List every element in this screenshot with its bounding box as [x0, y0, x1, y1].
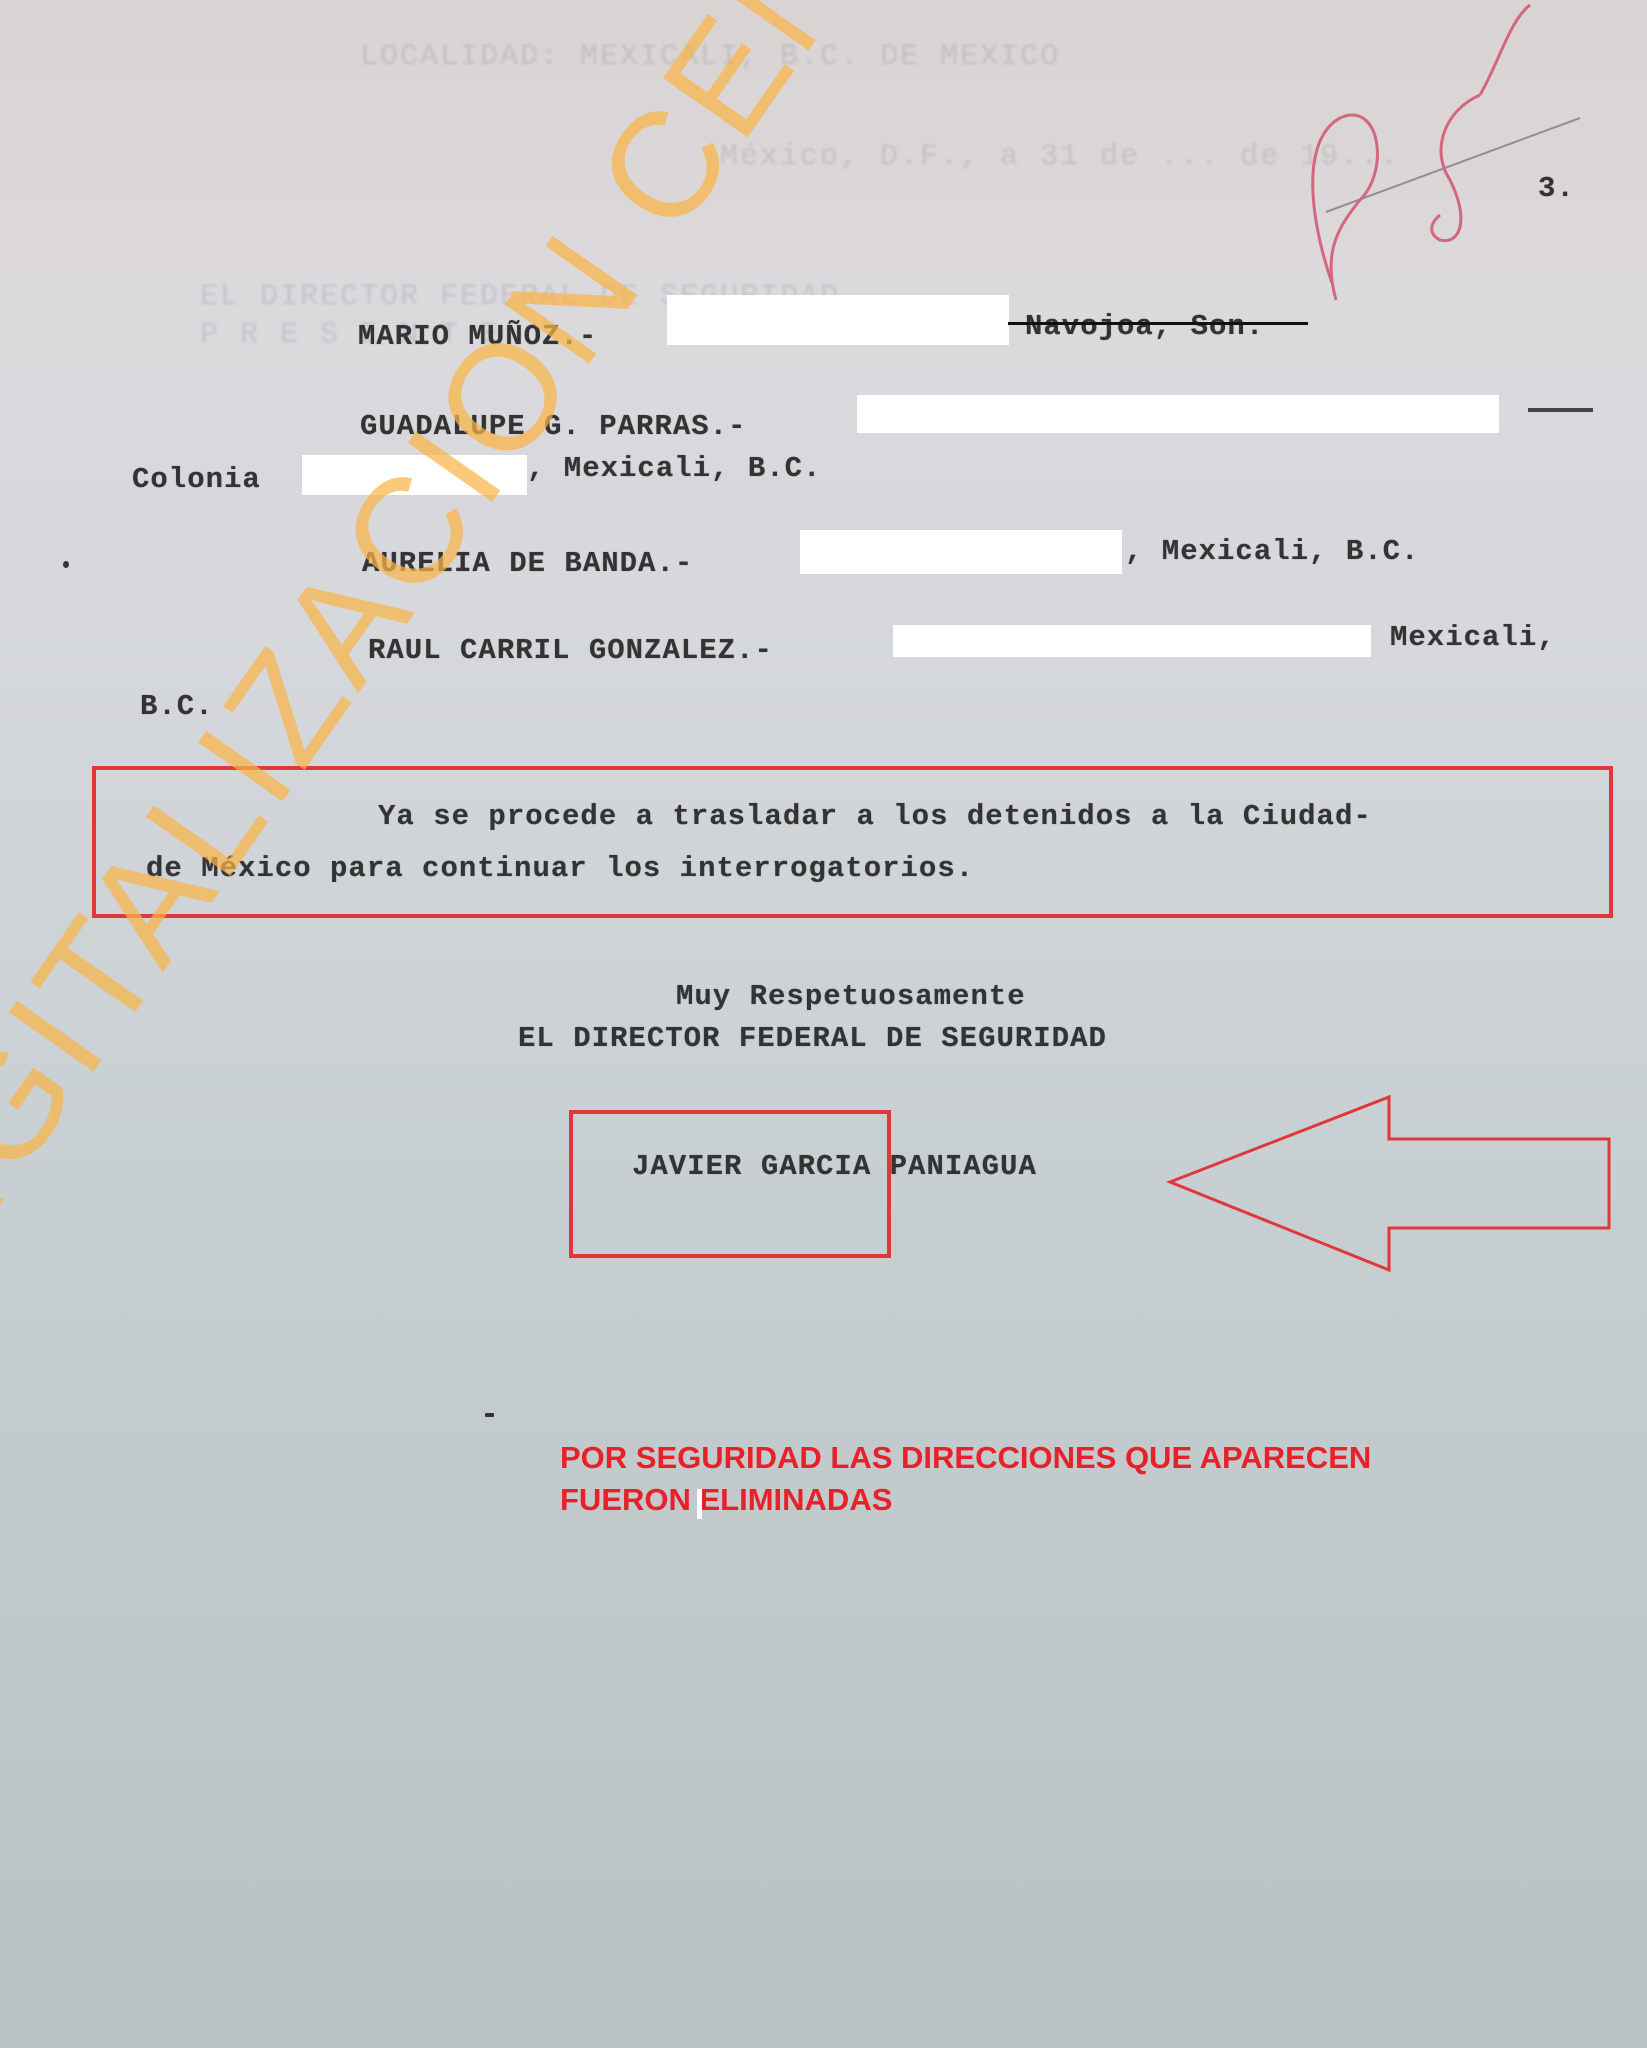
- redacted-address: [302, 455, 527, 495]
- signatory-name: JAVIER GARCIA PANIAGUA: [632, 1150, 1037, 1183]
- redacted-address: [893, 625, 1371, 657]
- entry-address-tail: Mexicali,: [1390, 621, 1556, 654]
- entry-name: RAUL CARRIL GONZALEZ.-: [368, 634, 773, 667]
- entry-continuation-tail: , Mexicali, B.C.: [527, 452, 821, 485]
- entry-continuation-tail: B.C.: [140, 690, 214, 723]
- document-page: LOCALIDAD: MEXICALI, B.C. DE MEXICO Méxi…: [0, 0, 1647, 2048]
- redacted-address: [667, 295, 1009, 345]
- redacted-address: [800, 530, 1122, 574]
- redaction-notice-line: POR SEGURIDAD LAS DIRECCIONES QUE APAREC…: [560, 1437, 1371, 1479]
- signatory-title: EL DIRECTOR FEDERAL DE SEGURIDAD: [518, 1022, 1107, 1055]
- ink-speck: [485, 1413, 494, 1417]
- bleed-through-text: LOCALIDAD: MEXICALI, B.C. DE MEXICO: [360, 40, 1060, 74]
- paragraph-line: de México para continuar los interrogato…: [146, 852, 974, 885]
- entry-continuation-prefix: Colonia: [132, 463, 261, 496]
- redaction-notice: POR SEGURIDAD LAS DIRECCIONES QUE APAREC…: [560, 1437, 1371, 1521]
- entry-name: MARIO MUÑOZ.-: [358, 320, 597, 353]
- page-number: 3.: [1538, 172, 1575, 205]
- highlight-box-paragraph: [92, 766, 1613, 918]
- paragraph-line: Ya se procede a trasladar a los detenido…: [378, 800, 1372, 833]
- redaction-notice-line: FUERON ELIMINADAS: [560, 1479, 1371, 1521]
- entry-name: AURELIA DE BANDA.-: [362, 547, 693, 580]
- text-cursor-artifact: [697, 1489, 702, 1519]
- closing-salutation: Muy Respetuosamente: [676, 980, 1026, 1013]
- typed-dash: [1528, 408, 1593, 412]
- ink-speck: [63, 561, 69, 568]
- redacted-address: [857, 395, 1499, 433]
- highlight-box-signatory: [569, 1110, 891, 1258]
- strikethrough-line: [1008, 322, 1308, 325]
- entry-address-tail: , Mexicali, B.C.: [1125, 535, 1419, 568]
- bleed-through-text: México, D.F., a 31 de ... de 19...: [720, 140, 1400, 174]
- entry-address-tail: Navojoa, Son.: [1025, 310, 1264, 343]
- entry-name: GUADALUPE G. PARRAS.-: [360, 410, 746, 443]
